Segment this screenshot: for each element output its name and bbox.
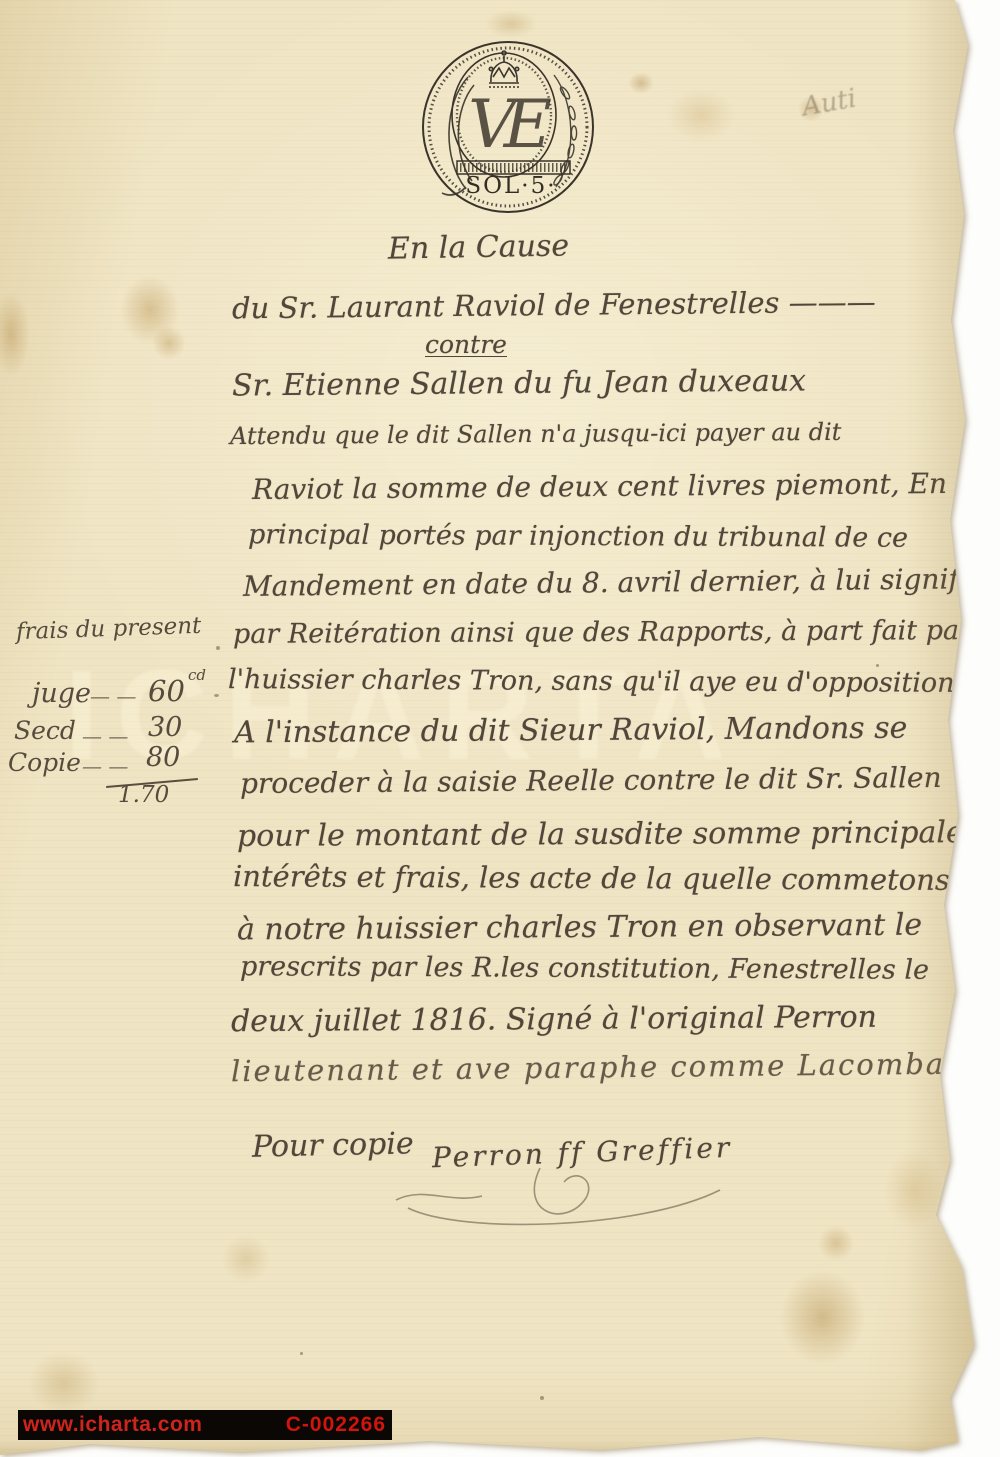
plaintiff-line: du Sr. Laurant Raviol de Fenestrelles ——… xyxy=(232,285,876,326)
manuscript-line: Attendu que le dit Sallen n'a jusqu-ici … xyxy=(230,418,842,450)
paper-edge-shading xyxy=(0,1441,1000,1457)
stain xyxy=(28,1352,100,1414)
fee-label-juge: juge xyxy=(32,678,91,709)
fee-heading: frais du present xyxy=(16,613,202,645)
signature-flourish xyxy=(390,1156,730,1246)
ink-speck xyxy=(300,1352,303,1355)
ink-speck xyxy=(540,1396,544,1400)
watermark-bar: www.icharta.com C-002266 xyxy=(18,1410,392,1440)
date-signature-line: deux juillet 1816. Signé à l'original Pe… xyxy=(231,1000,877,1040)
manuscript-line: intérêts et frais, les acte de la quelle… xyxy=(233,859,950,897)
manuscript-line: pour le montant de la susdite somme prin… xyxy=(237,815,964,854)
scanned-document-page: ICHARTA xyxy=(0,0,1000,1457)
fee-dash: — — xyxy=(82,754,128,778)
stain xyxy=(780,1270,865,1365)
fee-dash: — — xyxy=(82,724,128,748)
manuscript-line: principal portés par injonction du tribu… xyxy=(248,519,908,553)
manuscript-line: proceder à la saisie Reelle contre le di… xyxy=(240,761,942,800)
manuscript-paper: ICHARTA xyxy=(0,0,1000,1457)
ink-speck xyxy=(214,694,219,697)
fee-superscript: cd xyxy=(188,666,206,684)
stain xyxy=(818,1225,854,1261)
contre-line: contre xyxy=(425,330,507,359)
stain xyxy=(120,275,180,345)
stain xyxy=(485,10,537,38)
site-url-text: www.icharta.com xyxy=(23,1413,202,1437)
stamp-crown-icon xyxy=(489,51,519,87)
stain xyxy=(222,1235,270,1283)
stamp-monogram: VE xyxy=(468,86,552,163)
fee-value-juge: 60 xyxy=(148,674,185,708)
fee-total: 1.70 xyxy=(118,782,169,808)
manuscript-line: Mandement en date du 8. avril dernier, à… xyxy=(243,562,984,603)
case-heading: En la Cause xyxy=(388,228,570,266)
pencil-annotation: Auti xyxy=(800,84,859,123)
manuscript-line: A l'instance du dit Sieur Raviol, Mandon… xyxy=(234,711,908,751)
stain xyxy=(0,292,30,376)
stain xyxy=(628,72,654,94)
defendant-line: Sr. Etienne Sallen du fu Jean duxeaux xyxy=(232,363,806,403)
ink-speck xyxy=(216,646,220,650)
manuscript-line: l'huissier charles Tron, sans qu'il aye … xyxy=(228,664,963,699)
fee-label-copie: Copie xyxy=(8,748,81,777)
stamp-denomination: SOL·5· xyxy=(465,173,556,199)
revenue-stamp: VE SOL·5· xyxy=(416,37,600,221)
manuscript-line: prescrits par les R.les constitution, Fe… xyxy=(240,951,929,986)
stain xyxy=(152,326,186,360)
stain xyxy=(666,88,736,143)
fee-value-secd: 30 xyxy=(148,712,182,743)
manuscript-line: par Reitération ainsi que des Rapports, … xyxy=(233,615,972,650)
paper-edge-shading xyxy=(905,0,975,1457)
fee-value-copie: 80 xyxy=(146,742,180,773)
fee-label-secd: Secd xyxy=(14,716,76,745)
manuscript-line: à notre huissier charles Tron en observa… xyxy=(237,908,922,948)
manuscript-line: lieutenant et ave paraphe comme Lacomba … xyxy=(231,1046,1000,1088)
paper-shadow: ICHARTA xyxy=(0,0,1000,1457)
manuscript-line: Raviot la somme de deux cent livres piem… xyxy=(252,467,947,506)
catalog-code: C-002266 xyxy=(286,1413,386,1437)
fee-dash: — — xyxy=(90,684,136,708)
